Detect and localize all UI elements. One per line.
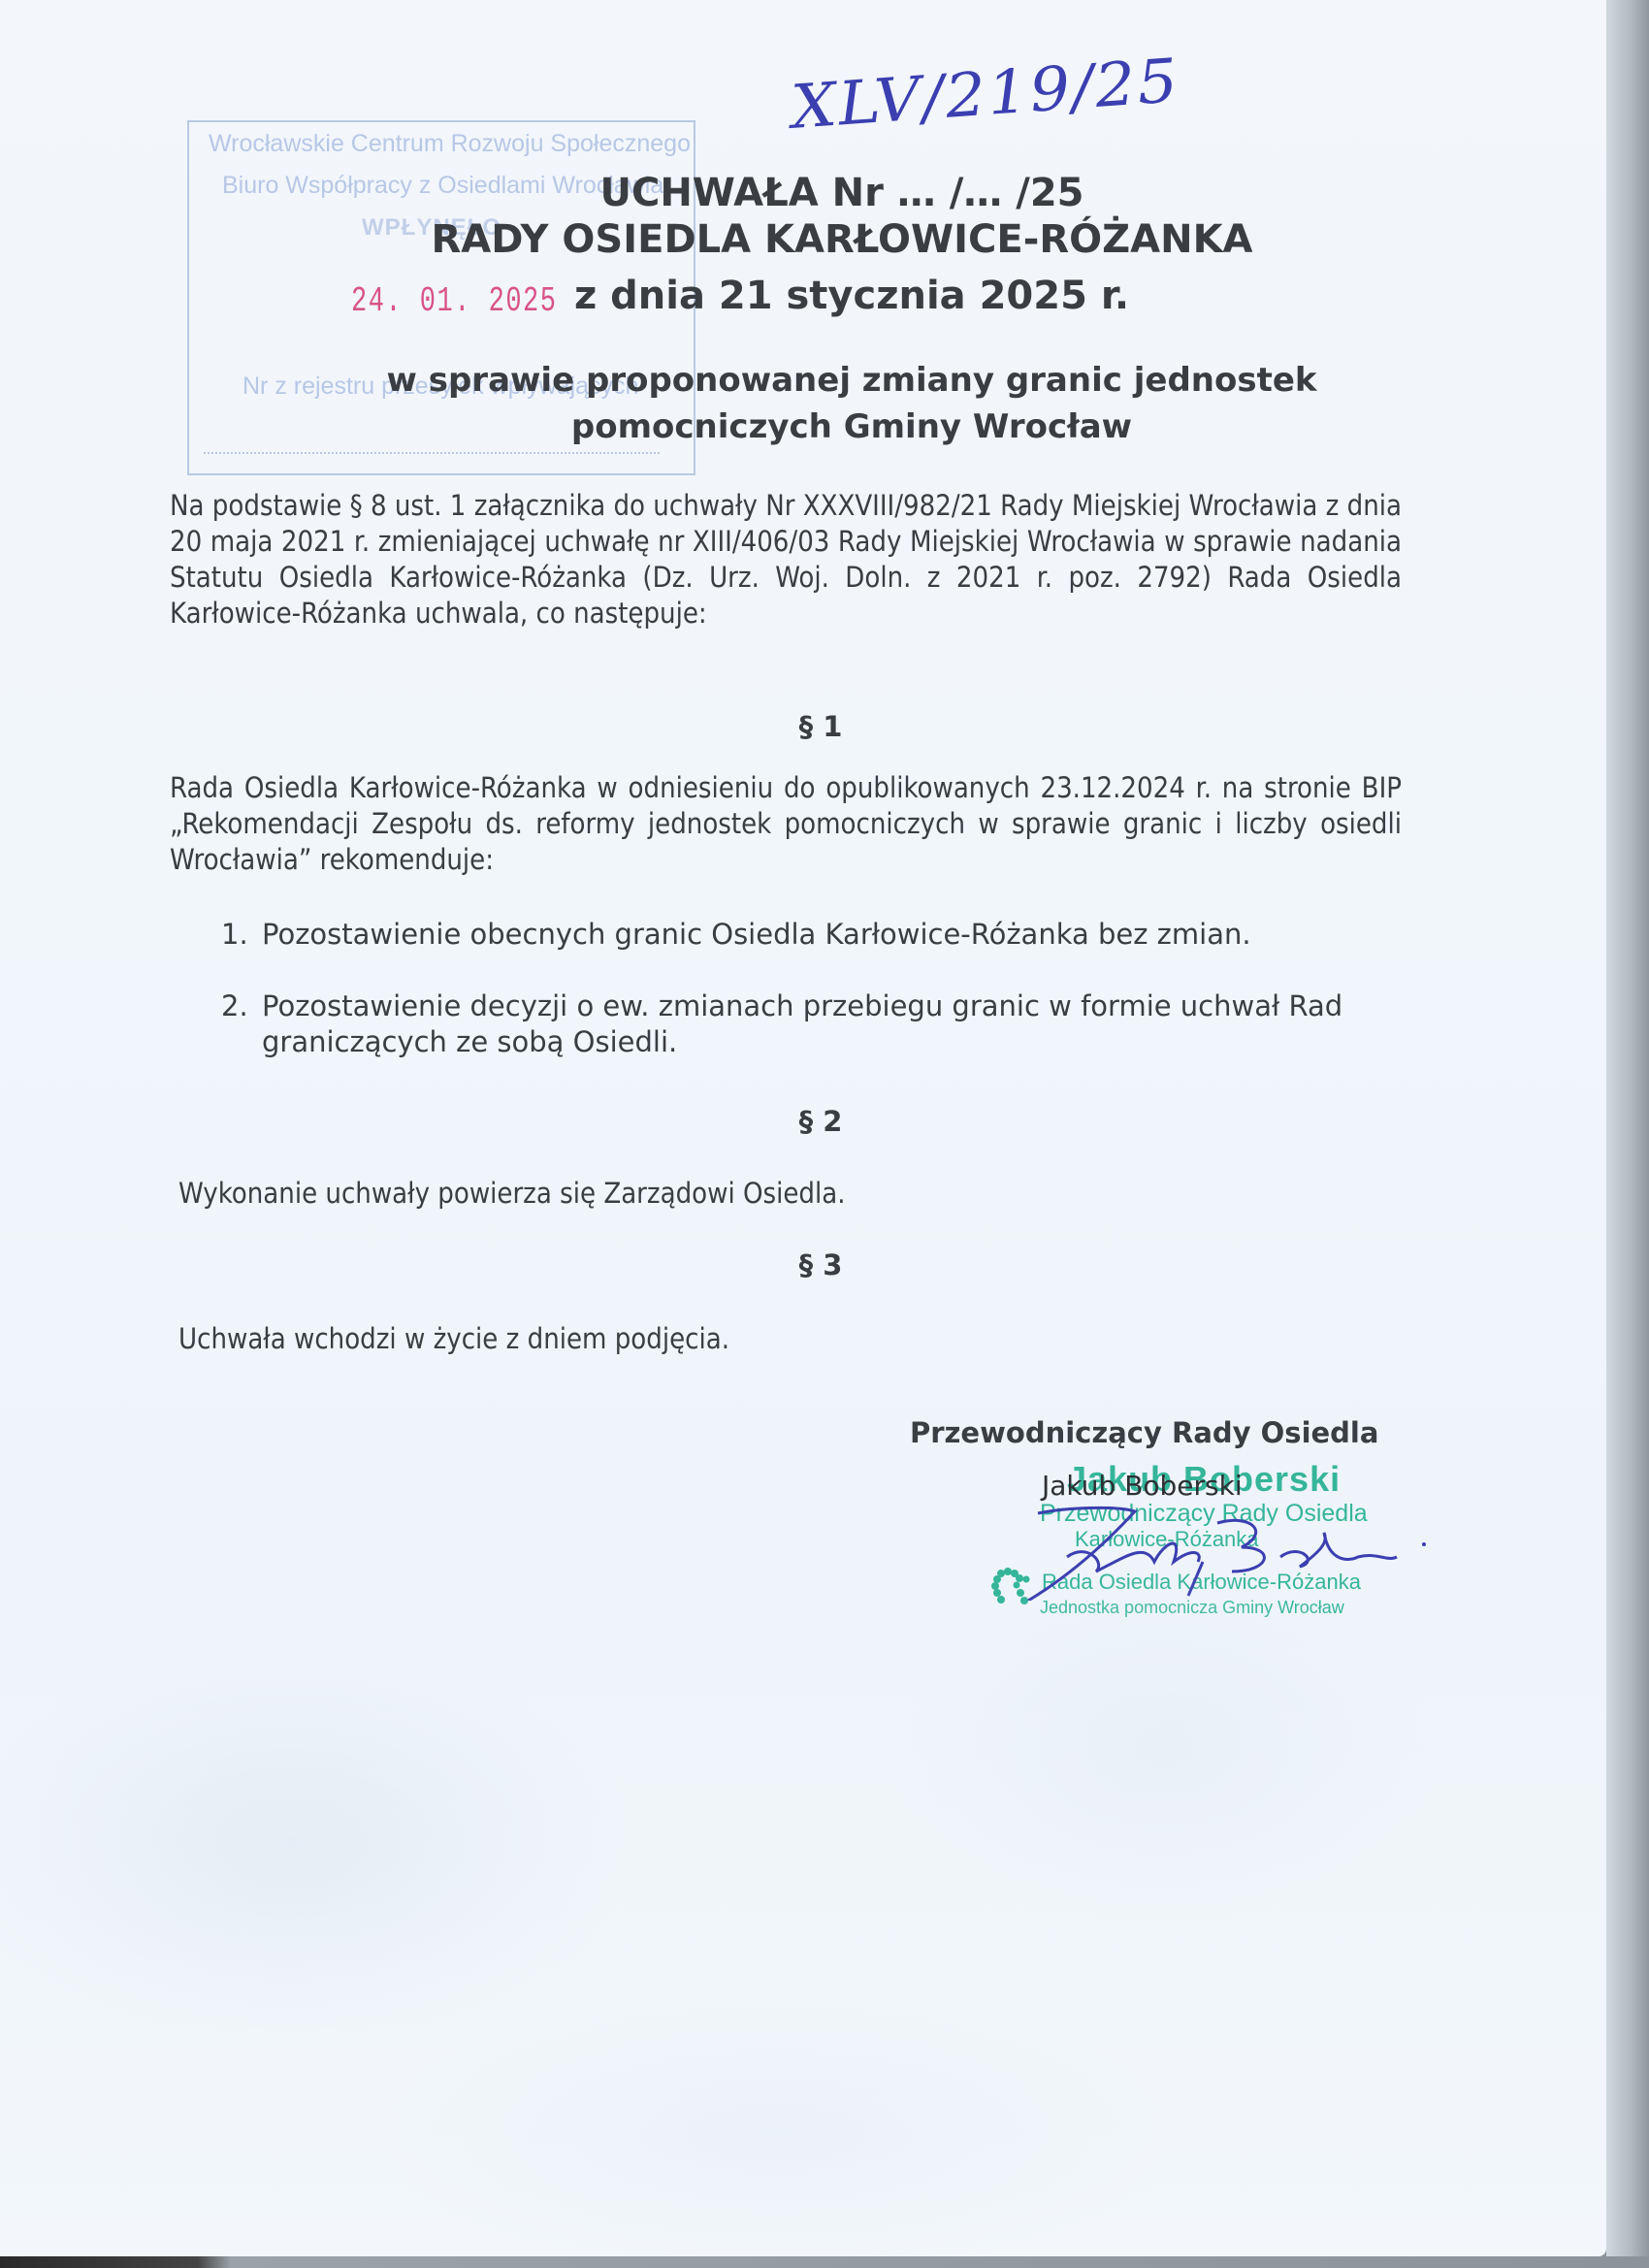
resolution-date: z dnia 21 stycznia 2025 r. [48, 274, 1649, 318]
list-item: 2. Pozostawienie decyzji o ew. zmianach … [221, 988, 1405, 1060]
section-1-text: Rada Osiedla Karłowice-Różanka w odniesi… [170, 770, 1402, 878]
section-heading-3: § 3 [17, 1248, 1624, 1281]
list-text: Pozostawienie obecnych granic Osiedla Ka… [262, 917, 1405, 953]
scanner-background-bottom [0, 2256, 1649, 2268]
subject-line-2: pomocniczych Gminy Wrocław [48, 407, 1649, 446]
official-stamp-unit: Jednostka pomocnicza Gminy Wrocław [1040, 1598, 1344, 1618]
council-name: RADY OSIEDLA KARŁOWICE-RÓŻANKA [39, 217, 1645, 262]
list-item: 1. Pozostawienie obecnych granic Osiedla… [221, 917, 1405, 953]
section-heading-2: § 2 [17, 1105, 1624, 1138]
resolution-title: UCHWAŁA Nr … /… /25 [39, 171, 1645, 215]
stamp-dotted-line [204, 452, 660, 454]
section-heading-1: § 1 [17, 710, 1624, 743]
list-number: 1. [221, 917, 262, 953]
stamp-institution: Wrocławskie Centrum Rozwoju Społecznego [209, 130, 691, 158]
handwritten-resolution-number: XLV/219/25 [789, 45, 1181, 143]
subject-line-1: w sprawie proponowanej zmiany granic jed… [48, 361, 1649, 400]
recommendation-list: 1. Pozostawienie obecnych granic Osiedla… [221, 917, 1405, 1096]
signatory-title: Przewodniczący Rady Osiedla [910, 1416, 1378, 1449]
list-text: Pozostawienie decyzji o ew. zmianach prz… [262, 988, 1405, 1060]
list-number: 2. [221, 988, 262, 1060]
signatory-name: Jakub Boberski [1042, 1470, 1243, 1502]
handwritten-signature-icon [1009, 1504, 1436, 1601]
section-3-text: Uchwała wchodzi w życie z dniem podjęcia… [178, 1321, 729, 1357]
section-2-text: Wykonanie uchwały powierza się Zarządowi… [178, 1176, 846, 1212]
document-page: Wrocławskie Centrum Rozwoju Społecznego … [0, 0, 1606, 2256]
legal-basis-paragraph: Na podstawie § 8 ust. 1 załącznika do uc… [170, 488, 1402, 632]
